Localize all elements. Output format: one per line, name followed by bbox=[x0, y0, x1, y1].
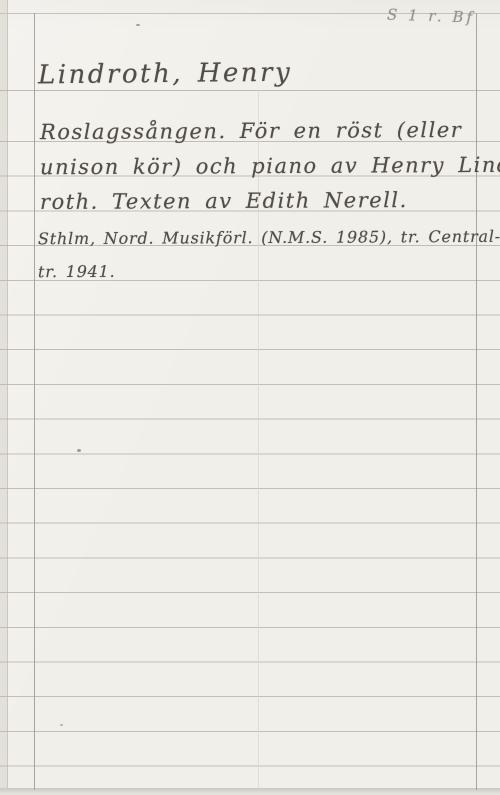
shelf-mark-pencil-note: S 1 r. Bf bbox=[387, 5, 476, 26]
entry-title-line-1: Roslagssången. För en röst (eller bbox=[40, 118, 462, 144]
paper-speck bbox=[60, 724, 63, 726]
paper-speck bbox=[77, 449, 81, 452]
left-margin-line bbox=[34, 13, 35, 790]
entry-title-line-2: unison kör) och piano av Henry Lind- bbox=[40, 153, 500, 180]
heading-rule-line bbox=[0, 90, 500, 91]
pencil-dot-mark bbox=[136, 24, 140, 26]
author-heading: Lindroth, Henry bbox=[38, 58, 293, 91]
entry-title-line-3: roth. Texten av Edith Nerell. bbox=[40, 188, 408, 214]
entry-imprint-line-1: Sthlm, Nord. Musikförl. (N.M.S. 1985), t… bbox=[38, 227, 500, 248]
right-margin-line bbox=[476, 13, 477, 790]
card-bottom-edge bbox=[0, 788, 500, 795]
entry-imprint-line-2: tr. 1941. bbox=[38, 262, 116, 281]
catalog-card-scan: S 1 r. Bf Lindroth, Henry Roslagssången.… bbox=[0, 0, 500, 795]
